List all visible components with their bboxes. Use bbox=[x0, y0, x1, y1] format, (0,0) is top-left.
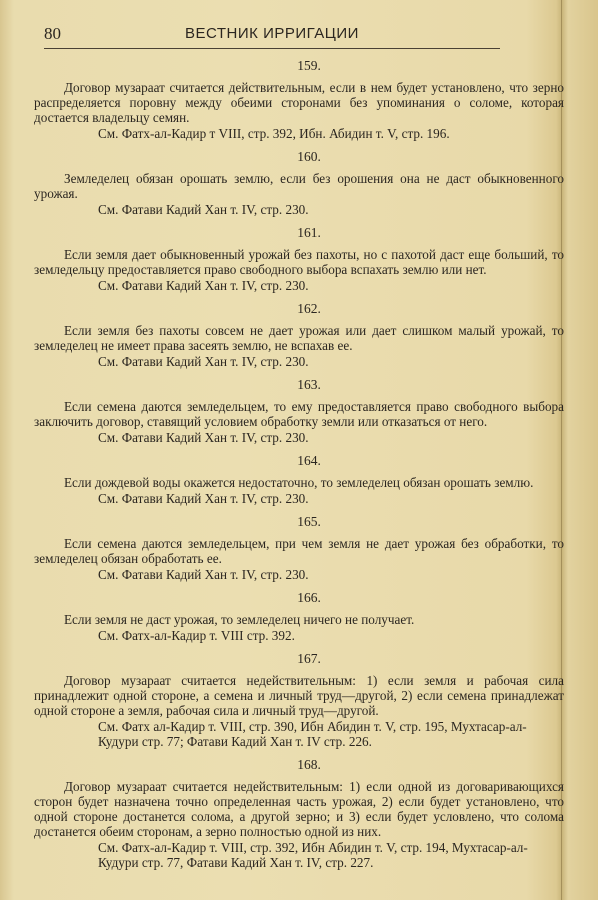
running-header: 80 ВЕСТНИК ИРРИГАЦИИ bbox=[44, 22, 500, 49]
article-text: Если семена даются земледельцем, то ему … bbox=[34, 399, 564, 429]
scanned-page: 80 ВЕСТНИК ИРРИГАЦИИ 159. Договор музара… bbox=[0, 0, 598, 900]
article-163: 163. Если семена даются земледельцем, то… bbox=[34, 377, 564, 445]
article-number: 168. bbox=[34, 757, 564, 773]
article-166: 166. Если земля не даст урожая, то земле… bbox=[34, 590, 564, 643]
article-number: 167. bbox=[34, 651, 564, 667]
article-reference: См. Фатави Кадий Хан т. IV, стр. 230. bbox=[34, 430, 564, 445]
article-reference: См. Фатави Кадий Хан т. IV, стр. 230. bbox=[34, 354, 564, 369]
article-number: 166. bbox=[34, 590, 564, 606]
journal-title: ВЕСТНИК ИРРИГАЦИИ bbox=[44, 25, 500, 42]
article-text: Договор музараат считается недействитель… bbox=[34, 779, 564, 839]
article-text: Если земля не даст урожая, то земледелец… bbox=[34, 612, 564, 627]
article-reference: См. Фатх-ал-Кадир т VIII, стр. 392, Ибн.… bbox=[34, 126, 564, 141]
article-reference: См. Фатави Кадий Хан т. IV, стр. 230. bbox=[34, 567, 564, 582]
article-number: 164. bbox=[34, 453, 564, 469]
article-160: 160. Земледелец обязан орошать землю, ес… bbox=[34, 149, 564, 217]
article-number: 160. bbox=[34, 149, 564, 165]
article-text: Договор музараат считается действительны… bbox=[34, 80, 564, 125]
article-number: 161. bbox=[34, 225, 564, 241]
article-164: 164. Если дождевой воды окажется недоста… bbox=[34, 453, 564, 506]
article-reference: См. Фатх-ал-Кадир т. VIII, стр. 392, Ибн… bbox=[34, 840, 564, 870]
article-text: Земледелец обязан орошать землю, если бе… bbox=[34, 171, 564, 201]
article-text: Если дождевой воды окажется недостаточно… bbox=[34, 475, 564, 490]
article-number: 165. bbox=[34, 514, 564, 530]
article-text: Если семена даются земледельцем, при чем… bbox=[34, 536, 564, 566]
article-reference: См. Фатави Кадий Хан т. IV, стр. 230. bbox=[34, 278, 564, 293]
article-reference: См. Фатх ал-Кадир т. VIII, стр. 390, Ибн… bbox=[34, 719, 564, 749]
article-162: 162. Если земля без пахоты совсем не дае… bbox=[34, 301, 564, 369]
article-text: Договор музараат считается недействитель… bbox=[34, 673, 564, 718]
article-reference: См. Фатави Кадий Хан т. IV, стр. 230. bbox=[34, 202, 564, 217]
article-165: 165. Если семена даются земледельцем, пр… bbox=[34, 514, 564, 582]
article-167: 167. Договор музараат считается недейств… bbox=[34, 651, 564, 749]
article-reference: См. Фатави Кадий Хан т. IV, стр. 230. bbox=[34, 491, 564, 506]
articles-body: 159. Договор музараат считается действит… bbox=[34, 58, 564, 878]
article-number: 162. bbox=[34, 301, 564, 317]
article-168: 168. Договор музараат считается недейств… bbox=[34, 757, 564, 870]
article-text: Если земля без пахоты совсем не дает уро… bbox=[34, 323, 564, 353]
article-number: 159. bbox=[34, 58, 564, 74]
article-161: 161. Если земля дает обыкновенный урожай… bbox=[34, 225, 564, 293]
article-159: 159. Договор музараат считается действит… bbox=[34, 58, 564, 141]
article-reference: См. Фатх-ал-Кадир т. VIII стр. 392. bbox=[34, 628, 564, 643]
article-text: Если земля дает обыкновенный урожай без … bbox=[34, 247, 564, 277]
article-number: 163. bbox=[34, 377, 564, 393]
